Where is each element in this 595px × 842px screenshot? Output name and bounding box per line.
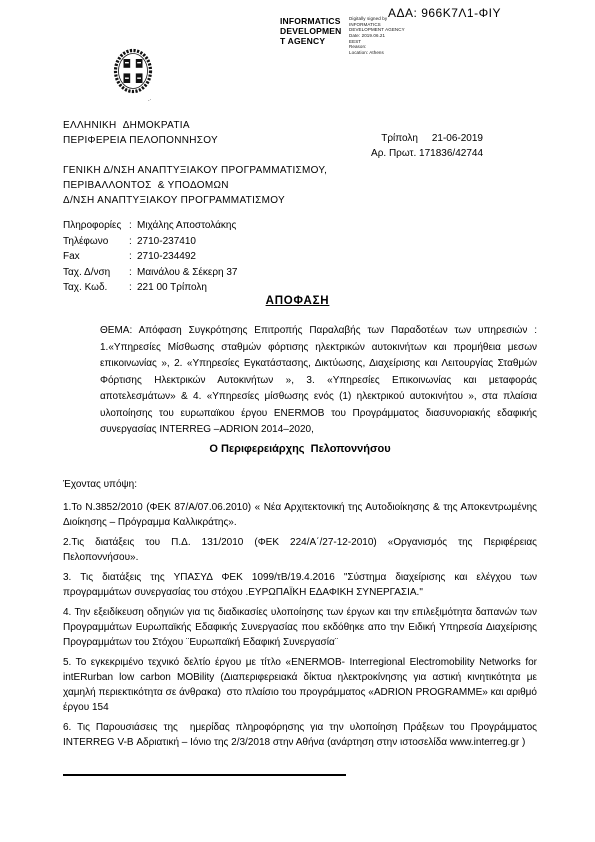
- signature-agency-line: T AGENCY: [280, 36, 344, 46]
- consideration-item: 3. Τις διατάξεις της ΥΠΑΣΥΔ ΦΕΚ 1099/τΒ/…: [63, 570, 537, 600]
- signature-agency-line: DEVELOPMEN: [280, 26, 344, 36]
- contact-row-postal-code: Ταχ. Κωδ. : 221 00 Τρίπολη: [63, 280, 237, 296]
- place-date: Τρίπολη 21-06-2019: [371, 131, 483, 146]
- letterhead: ΕΛΛΗΝΙΚΗ ΔΗΜΟΚΡΑΤΙΑ ΠΕΡΙΦΕΡΕΙΑ ΠΕΛΟΠΟΝΝΗ…: [63, 118, 327, 208]
- decision-heading: ΑΠΟΦΑΣΗ: [0, 295, 595, 307]
- authority-title: Ο Περιφερειάρχης Πελοποννήσου: [63, 443, 537, 455]
- contact-colon: :: [129, 280, 137, 296]
- contact-label: Fax: [63, 249, 129, 265]
- contact-label: Ταχ. Δ/νση: [63, 265, 129, 281]
- consideration-item: 4. Την εξειδίκευση οδηγιών για τις διαδι…: [63, 605, 537, 650]
- contact-colon: :: [129, 218, 137, 234]
- contact-value: 221 00 Τρίπολη: [137, 280, 207, 296]
- consideration-item: 6. Τις Παρουσιάσεις της ημερίδας πληροφό…: [63, 720, 537, 750]
- letterhead-region: ΠΕΡΙΦΕΡΕΙΑ ΠΕΛΟΠΟΝΝΗΣΟΥ: [63, 133, 327, 148]
- ada-code: ΑΔΑ: 966Κ7Λ1-ΦΙΥ: [388, 6, 501, 20]
- digital-signature-stamp: INFORMATICS DEVELOPMEN T AGENCY Digitall…: [280, 16, 405, 55]
- signature-agency-name: INFORMATICS DEVELOPMEN T AGENCY: [280, 16, 344, 47]
- emblem-print-artifact: .·: [148, 97, 152, 103]
- consideration-item: 2.Τις διατάξεις του Π.Δ. 131/2010 (ΦΕΚ 2…: [63, 535, 537, 565]
- contact-row-information: Πληροφορίες : Μιχάλης Αποστολάκης: [63, 218, 237, 234]
- preamble-text: Έχοντας υπόψη:: [63, 479, 137, 490]
- consideration-item: 5. Το εγκεκριμένο τεχνικό δελτίο έργου μ…: [63, 655, 537, 715]
- contact-colon: :: [129, 265, 137, 281]
- protocol-number: Αρ. Πρωτ. 171836/42744: [371, 146, 483, 161]
- signature-detail-line: Location: Athens: [349, 50, 405, 56]
- contact-label: Τηλέφωνο: [63, 234, 129, 250]
- greek-coat-of-arms-icon: [112, 48, 154, 101]
- contact-row-fax: Fax : 2710-234492: [63, 249, 237, 265]
- letterhead-general-directorate: ΓΕΝΙΚΗ Δ/ΝΣΗ ΑΝΑΠΤΥΞΙΑΚΟΥ ΠΡΟΓΡΑΜΜΑΤΙΣΜΟ…: [63, 163, 327, 178]
- contact-value: 2710-234492: [137, 249, 196, 265]
- contact-value: Μαινάλου & Σέκερη 37: [137, 265, 237, 281]
- document-page: ΑΔΑ: 966Κ7Λ1-ΦΙΥ INFORMATICS DEVELOPMEN …: [0, 0, 595, 842]
- letterhead-general-directorate-2: ΠΕΡΙΒΑΛΛΟΝΤΟΣ & ΥΠΟΔΟΜΩΝ: [63, 178, 327, 193]
- signature-agency-line: INFORMATICS: [280, 16, 344, 26]
- contact-info: Πληροφορίες : Μιχάλης Αποστολάκης Τηλέφω…: [63, 218, 237, 296]
- signature-details: Digitally signed by INFORMATICS DEVELOPM…: [349, 16, 405, 55]
- contact-colon: :: [129, 249, 137, 265]
- subject-paragraph: ΘΕΜΑ: Απόφαση Συγκρότησης Επιτροπής Παρα…: [100, 323, 537, 439]
- contact-label: Ταχ. Κωδ.: [63, 280, 129, 296]
- contact-row-phone: Τηλέφωνο : 2710-237410: [63, 234, 237, 250]
- considerations-list: 1.Το Ν.3852/2010 (ΦΕΚ 87/Α/07.06.2010) «…: [63, 500, 537, 755]
- contact-row-address: Ταχ. Δ/νση : Μαινάλου & Σέκερη 37: [63, 265, 237, 281]
- date-protocol-block: Τρίπολη 21-06-2019 Αρ. Πρωτ. 171836/4274…: [371, 131, 483, 161]
- letterhead-gap: [63, 148, 327, 163]
- letterhead-republic: ΕΛΛΗΝΙΚΗ ΔΗΜΟΚΡΑΤΙΑ: [63, 118, 327, 133]
- footer-divider: [63, 774, 346, 776]
- contact-value: Μιχάλης Αποστολάκης: [137, 218, 236, 234]
- contact-label: Πληροφορίες: [63, 218, 129, 234]
- contact-colon: :: [129, 234, 137, 250]
- letterhead-directorate: Δ/ΝΣΗ ΑΝΑΠΤΥΞΙΑΚΟΥ ΠΡΟΓΡΑΜΜΑΤΙΣΜΟΥ: [63, 193, 327, 208]
- consideration-item: 1.Το Ν.3852/2010 (ΦΕΚ 87/Α/07.06.2010) «…: [63, 500, 537, 530]
- contact-value: 2710-237410: [137, 234, 196, 250]
